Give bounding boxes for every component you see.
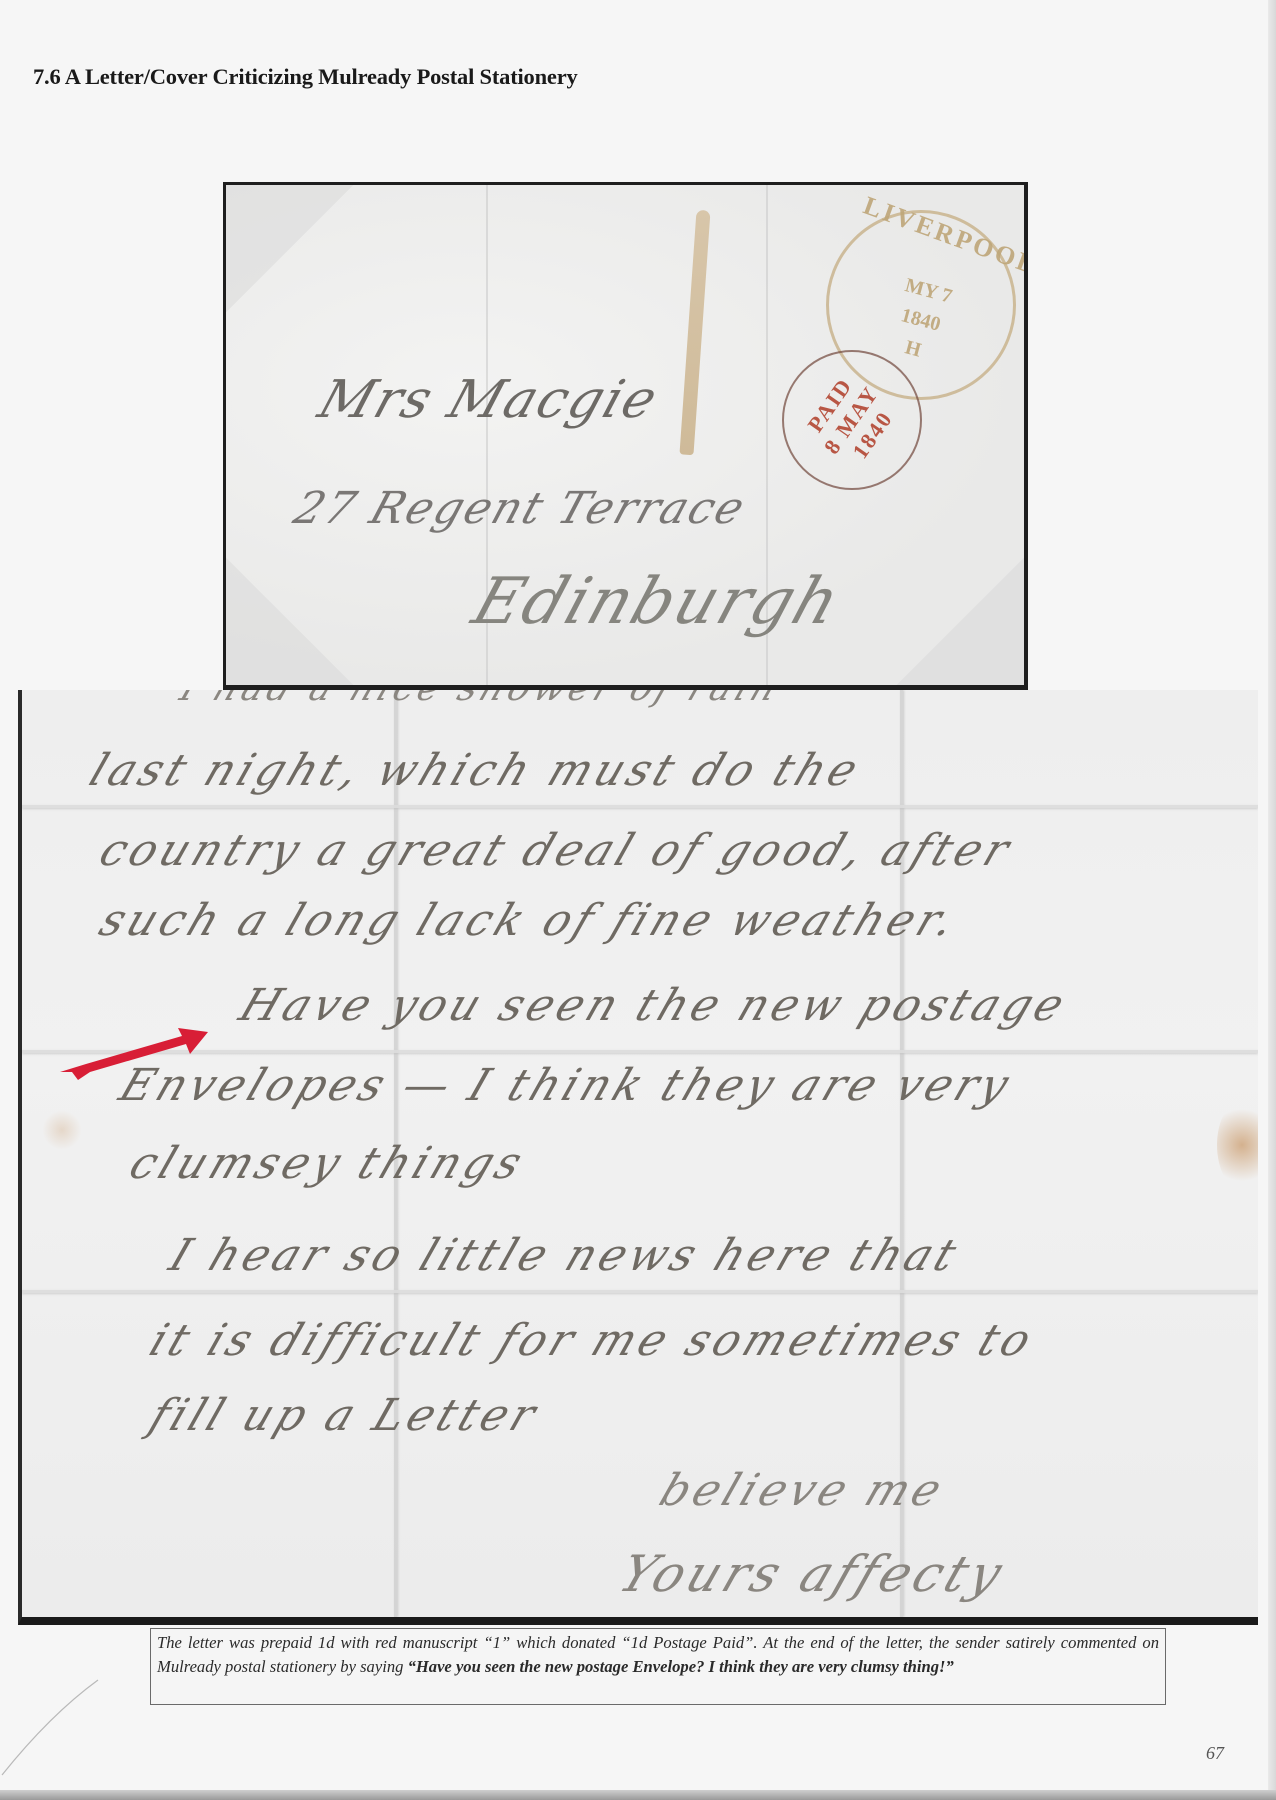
letter-line: country a great deal of good, after [93, 825, 1020, 876]
letter-line: I hear so little news here that [163, 1230, 967, 1281]
letter-sheet: I had a nice shower of rain last night, … [18, 690, 1258, 1625]
fold-line [22, 1290, 1258, 1293]
fold-line [22, 805, 1258, 808]
letter-line: fill up a Letter [143, 1390, 546, 1441]
page-edge [1268, 0, 1276, 1800]
letter-line: I had a nice shower of rain [175, 690, 787, 709]
page-title: 7.6 A Letter/Cover Criticizing Mulready … [33, 64, 578, 90]
address-city: Edinburgh [464, 565, 850, 639]
paid-postmark: PAID 8 MAY 1840 [782, 350, 922, 490]
letter-line: it is difficult for me sometimes to [143, 1315, 1042, 1366]
fold-corner [897, 558, 1028, 690]
letter-closing: believe me [653, 1465, 953, 1516]
fold-corner [223, 558, 353, 690]
fold-corner [223, 182, 353, 312]
cover-envelope: LIVERPOOL MY 7 1840 H PAID 8 MAY 1840 Mr… [223, 182, 1028, 690]
letter-line: last night, which must do the [83, 745, 869, 796]
caption-box: The letter was prepaid 1d with red manus… [150, 1628, 1166, 1705]
page-bottom-edge [0, 1790, 1276, 1800]
letter-line: such a long lack of fine weather. [93, 895, 966, 946]
letter-line: Have you seen the new postage [233, 980, 1075, 1031]
page-number: 67 [1206, 1743, 1224, 1764]
address-street: 27 Regent Terrace [288, 483, 753, 534]
paper-stain [42, 1110, 82, 1150]
address-name: Mrs Macgie [311, 370, 666, 430]
caption-quote: “Have you seen the new postage Envelope?… [408, 1657, 954, 1676]
red-arrow-icon [50, 1020, 210, 1080]
letter-line: Envelopes — I think they are very [113, 1060, 1020, 1111]
letter-signature: Yours affecty [611, 1545, 1013, 1603]
postmark-town: LIVERPOOL [859, 191, 1028, 282]
paper-stain [1217, 1100, 1258, 1190]
letter-line: clumsey things [123, 1138, 533, 1189]
manuscript-rate-mark [679, 210, 710, 455]
pencil-mark [0, 1670, 100, 1780]
